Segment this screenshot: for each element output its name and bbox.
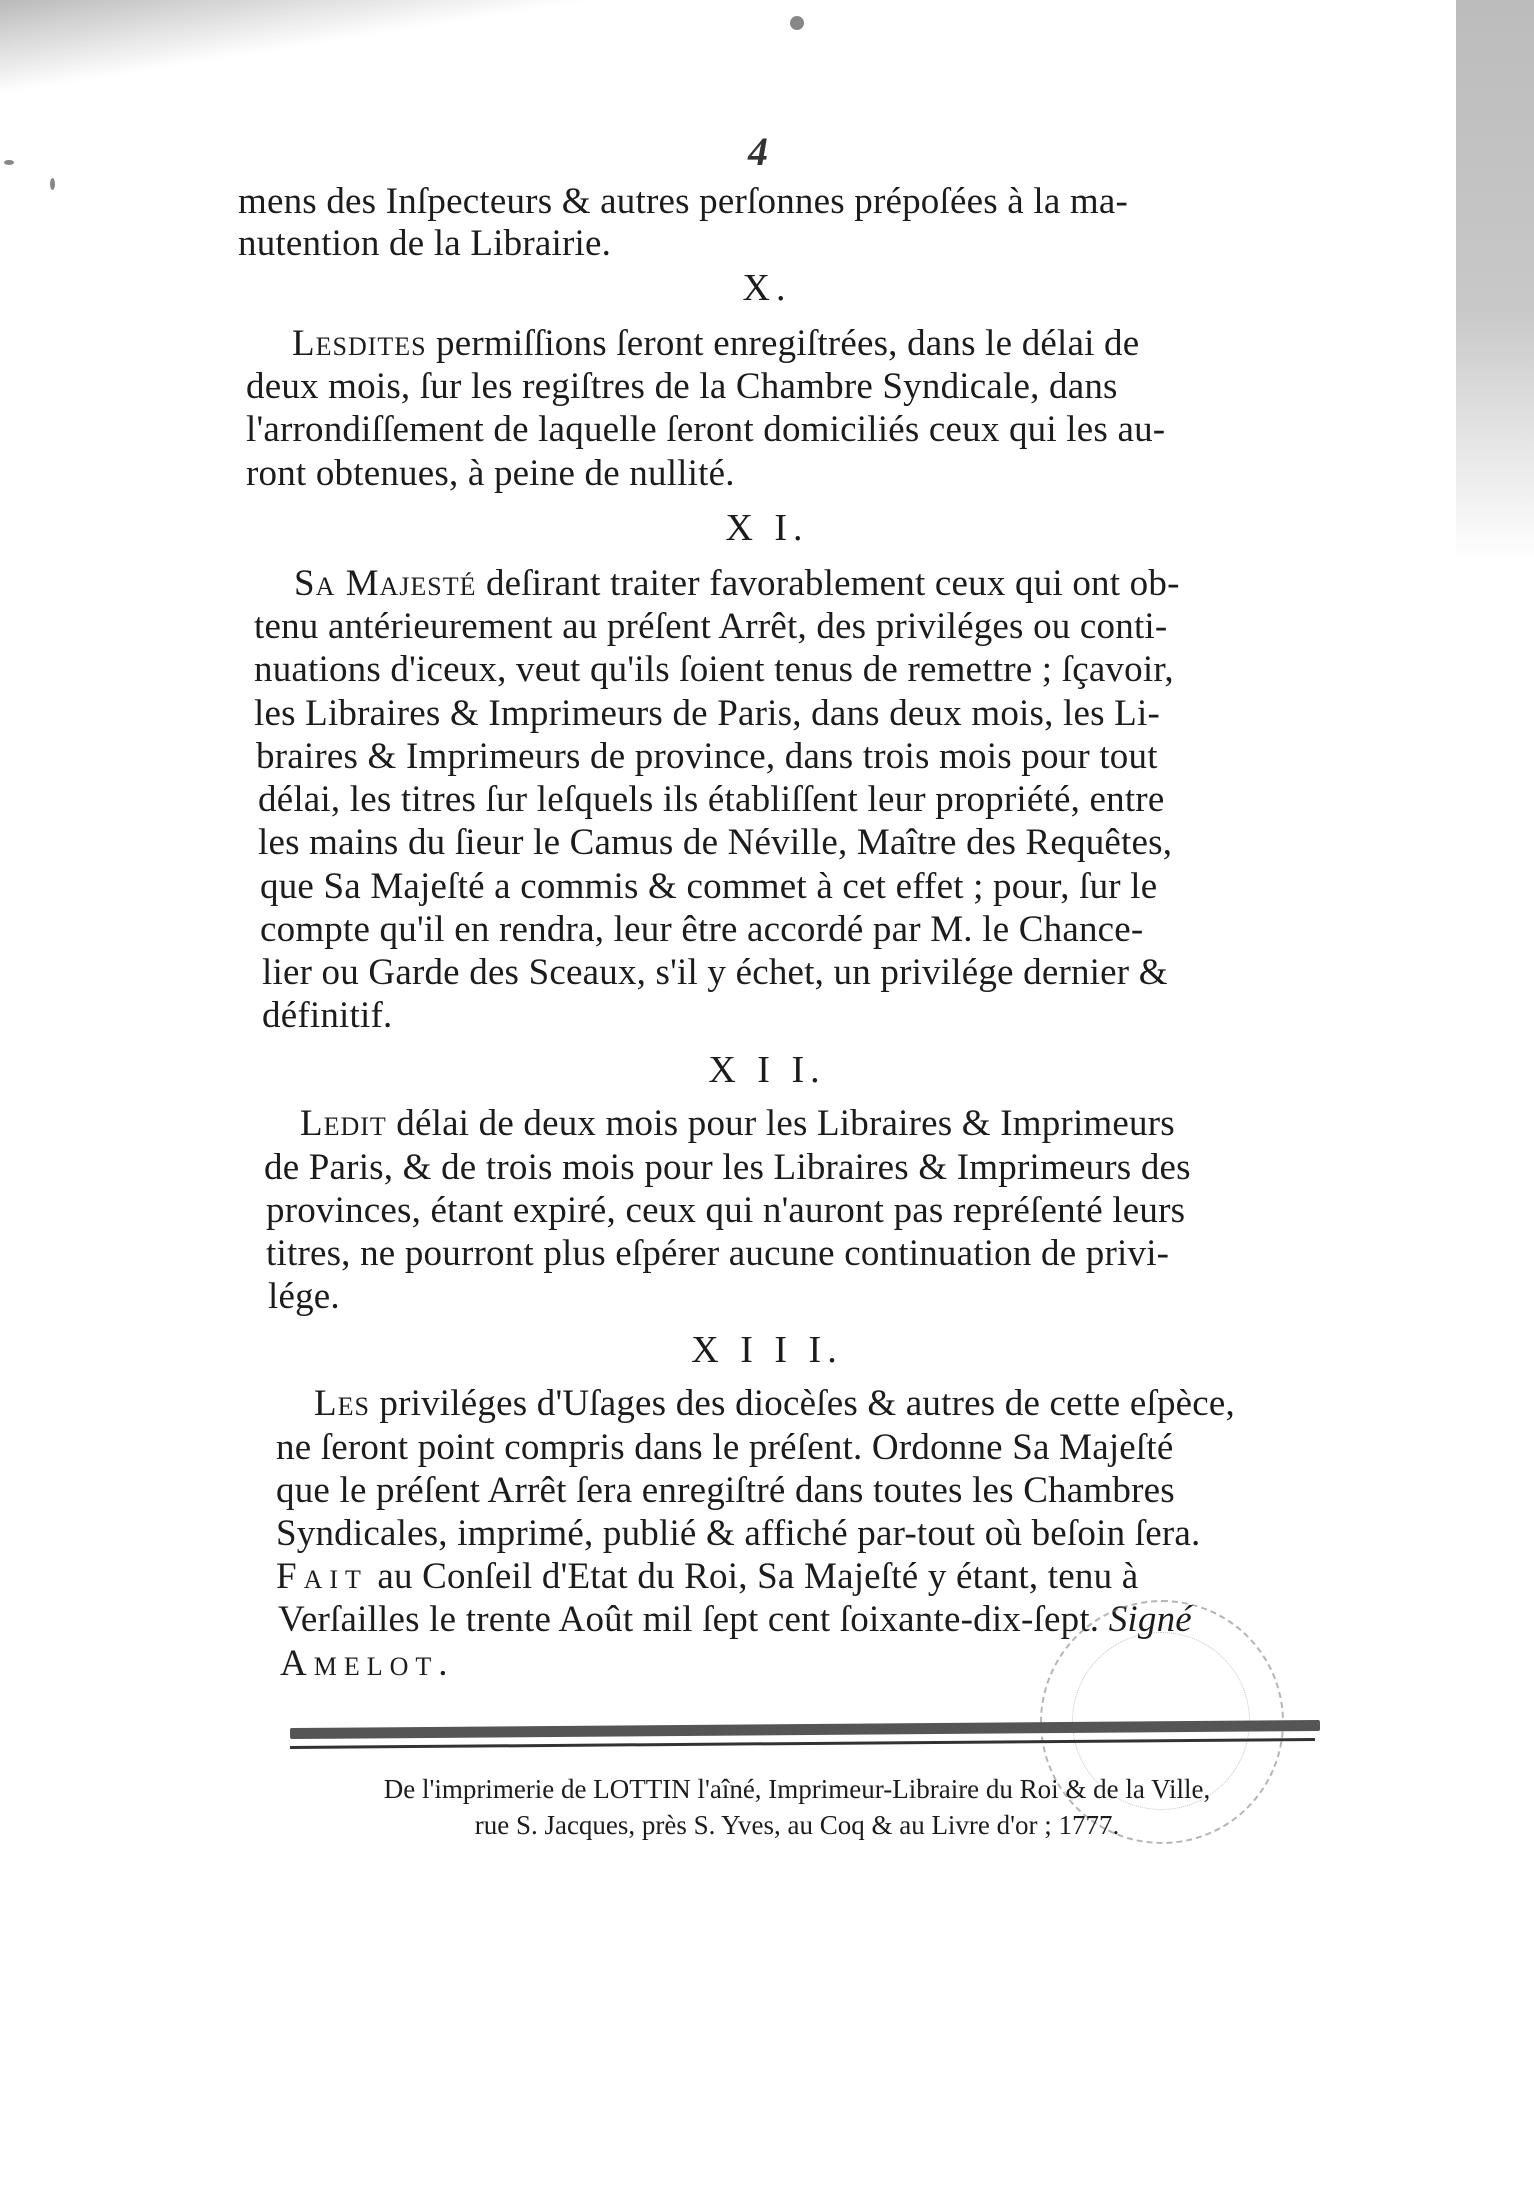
text-line: de Paris, & de trois mois pour les Libra… <box>264 1146 1191 1190</box>
text-line: lier ou Garde des Sceaux, s'il y échet, … <box>262 951 1168 995</box>
ink-speck <box>4 160 14 165</box>
text-line: nutention de la Librairie. <box>238 222 611 266</box>
text-line: deux mois, ſur les regiſtres de la Chamb… <box>246 365 1118 409</box>
text-line: provinces, étant expiré, ceux qui n'auro… <box>266 1189 1185 1233</box>
ink-speck <box>50 178 55 190</box>
ink-speck <box>790 16 804 30</box>
article-numeral: X. <box>0 266 1534 310</box>
article-lead-word: Sa Majesté <box>294 563 477 604</box>
imprint-line: rue S. Jacques, près S. Yves, au Coq & a… <box>0 1808 1534 1842</box>
text-line: ne ſeront point compris dans le préſent.… <box>276 1426 1174 1470</box>
text-line: Sa Majesté deſirant traiter favorablemen… <box>294 562 1180 606</box>
text-line: mens des Inſpecteurs & autres perſonnes … <box>238 180 1128 224</box>
text-line: définitif. <box>262 994 392 1038</box>
scan-edge-shadow-top <box>0 0 1363 97</box>
imprint-line: De l'imprimerie de LOTTIN l'aîné, Imprim… <box>0 1772 1534 1806</box>
text-line: que le préſent Arrêt ſera enregiſtré dan… <box>276 1469 1175 1513</box>
article-numeral: X I. <box>0 506 1534 550</box>
signatory: Amelot. <box>280 1642 455 1686</box>
article-numeral: X I I. <box>0 1048 1534 1092</box>
text-line: les mains du ſieur le Camus de Néville, … <box>258 821 1172 865</box>
text-line: les Libraires & Imprimeurs de Paris, dan… <box>254 692 1160 736</box>
text-line: Les priviléges d'Uſages des diocèſes & a… <box>314 1382 1235 1426</box>
text-line: ront obtenues, à peine de nullité. <box>246 452 735 496</box>
fait-lead-word: Fait <box>276 1556 368 1597</box>
text-line: Verſailles le trente Août mil ſept cent … <box>278 1598 1192 1642</box>
article-lead-word: Les <box>314 1383 370 1424</box>
article-lead-word: Ledit <box>300 1103 387 1144</box>
text-line: lége. <box>268 1275 340 1319</box>
text-line: Ledit délai de deux mois pour les Librai… <box>300 1102 1175 1146</box>
text-line: braires & Imprimeurs de province, dans t… <box>256 735 1158 779</box>
article-numeral: X I I I. <box>0 1328 1534 1372</box>
text-line: compte qu'il en rendra, leur être accord… <box>260 908 1143 952</box>
text-line: que Sa Majeſté a commis & commet à cet e… <box>260 865 1157 909</box>
text-line: l'arrondiſſement de laquelle ſeront domi… <box>246 408 1165 452</box>
text-line: tenu antérieurement au préſent Arrêt, de… <box>254 605 1167 649</box>
text-line: Lesdites permiſſions ſeront enregiſtrées… <box>292 322 1139 366</box>
page-number: 4 <box>748 128 768 175</box>
text-line: titres, ne pourront plus eſpérer aucune … <box>266 1232 1169 1276</box>
text-line: nuations d'iceux, veut qu'ils ſoient ten… <box>254 648 1174 692</box>
text-line: Fait au Conſeil d'Etat du Roi, Sa Majeſt… <box>276 1555 1138 1599</box>
text-line: Syndicales, imprimé, publié & affiché pa… <box>276 1512 1200 1556</box>
text-line: délai, les titres ſur leſquels ils établ… <box>258 778 1164 822</box>
article-lead-word: Lesdites <box>292 323 427 364</box>
